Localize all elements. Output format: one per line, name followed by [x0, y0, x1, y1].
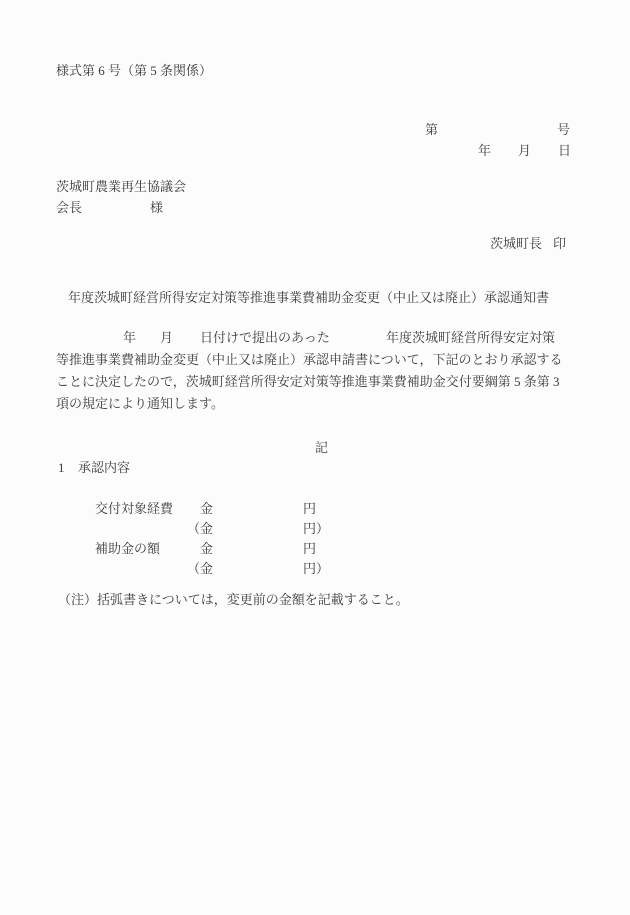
amount-row-subsidy-previous: （金 円） [0, 561, 630, 577]
issue-date-line: 年 月 日 [0, 143, 630, 159]
body-month-label: 月 [160, 330, 173, 346]
date-year-label: 年 [478, 143, 491, 159]
issuer-line: 茨城町長 印 [0, 236, 630, 252]
section-number: 1 [58, 460, 65, 476]
addressee-org: 茨城町農業再生協議会 [56, 179, 186, 195]
reference-number-suffix: 号 [557, 122, 570, 138]
body-paragraph-line-4: 項の規定により通知します。 [0, 396, 630, 412]
currency-prefix: 金 [200, 541, 213, 557]
body-line3-text: ことに決定したので，茨城町経営所得安定対策等推進事業費補助金交付要綱第 5 条第… [56, 374, 560, 390]
currency-unit-paren: 円） [303, 561, 329, 577]
section-heading: 承認内容 [78, 460, 130, 476]
date-day-label: 日 [558, 143, 571, 159]
addressee-role: 会長 [56, 200, 82, 216]
currency-prefix: 金 [200, 501, 213, 517]
form-number: 様式第 6 号（第 5 条関係） [56, 63, 212, 79]
currency-prefix-paren: （金 [187, 521, 213, 537]
addressee-role-line: 会長 様 [0, 200, 630, 216]
document-title-line: 年度茨城町経営所得安定対策等推進事業費補助金変更（中止又は廃止）承認通知書 [0, 290, 630, 306]
reference-number-line: 第 号 [0, 122, 630, 138]
body-day-phrase: 日付けで提出のあった [200, 330, 330, 346]
note-text: （注）括弧書きについては，変更前の金額を記載すること。 [58, 592, 409, 608]
addressee-honorific: 様 [150, 200, 163, 216]
issuer-name: 茨城町長 [490, 236, 542, 252]
issuer-seal: 印 [553, 236, 566, 252]
body-paragraph-line-1: 年 月 日付けで提出のあった 年度茨城町経営所得安定対策 [0, 330, 630, 346]
form-number-line: 様式第 6 号（第 5 条関係） [0, 63, 630, 79]
amount-row-target-expense: 交付対象経費 金 円 [0, 501, 630, 517]
amount-label: 補助金の額 [95, 541, 160, 557]
currency-unit-paren: 円） [303, 521, 329, 537]
amount-row-target-expense-previous: （金 円） [0, 521, 630, 537]
currency-unit: 円 [303, 541, 316, 557]
document-title: 年度茨城町経営所得安定対策等推進事業費補助金変更（中止又は廃止）承認通知書 [68, 290, 549, 306]
body-line1-tail: 年度茨城町経営所得安定対策 [386, 330, 555, 346]
document-page: 様式第 6 号（第 5 条関係） 第 号 年 月 日 茨城町農業再生協議会 会長… [0, 0, 630, 915]
amount-row-subsidy: 補助金の額 金 円 [0, 541, 630, 557]
currency-prefix-paren: （金 [187, 561, 213, 577]
amount-label: 交付対象経費 [95, 501, 173, 517]
body-paragraph-line-3: ことに決定したので，茨城町経営所得安定対策等推進事業費補助金交付要綱第 5 条第… [0, 374, 630, 390]
currency-unit: 円 [303, 501, 316, 517]
body-paragraph-line-2: 等推進事業費補助金変更（中止又は廃止）承認申請書について，下記のとおり承認する [0, 352, 630, 368]
body-line4-text: 項の規定により通知します。 [56, 396, 224, 412]
reference-number-prefix: 第 [425, 122, 438, 138]
record-marker: 記 [315, 440, 328, 455]
date-month-label: 月 [518, 143, 531, 159]
record-marker-line: 記 [0, 424, 630, 440]
body-line2-text: 等推進事業費補助金変更（中止又は廃止）承認申請書について，下記のとおり承認する [56, 352, 562, 368]
body-year-label: 年 [123, 330, 136, 346]
note-line: （注）括弧書きについては，変更前の金額を記載すること。 [0, 592, 630, 608]
section-heading-line: 1 承認内容 [0, 460, 630, 476]
addressee-org-line: 茨城町農業再生協議会 [0, 179, 630, 195]
